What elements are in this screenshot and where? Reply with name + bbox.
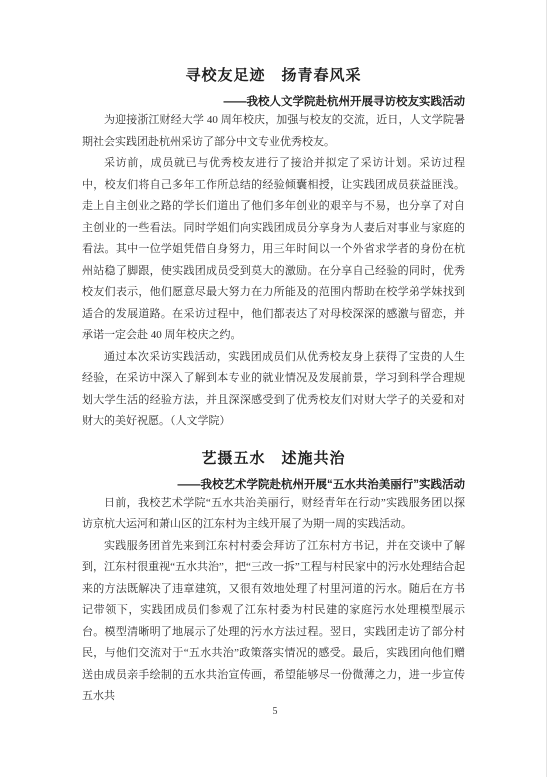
paragraph: 采访前，成员就已与优秀校友进行了接洽并拟定了采访计划。采访过程中，校友们将自己多… bbox=[82, 153, 465, 347]
article-title: 艺摄五水 述施共治 bbox=[82, 447, 465, 471]
paragraph: 日前，我校艺术学院“五水共治美丽行，财经青年在行动”实践服务团以探访京杭大运河和… bbox=[82, 493, 465, 536]
article-section-1: 寻校友足迹 扬青春风采 ——我校人文学院赴杭州开展寻访校友实践活动 为迎接浙江财… bbox=[82, 64, 465, 433]
page-content: 寻校友足迹 扬青春风采 ——我校人文学院赴杭州开展寻访校友实践活动 为迎接浙江财… bbox=[0, 0, 550, 708]
article-subtitle: ——我校人文学院赴杭州开展寻访校友实践活动 bbox=[82, 95, 465, 110]
paragraph: 通过本次采访实践活动，实践团成员们从优秀校友身上获得了宝贵的人生经验，在采访中深… bbox=[82, 347, 465, 433]
article-title: 寻校友足迹 扬青春风采 bbox=[82, 64, 465, 88]
scan-edge-line bbox=[546, 0, 547, 777]
page-number: 5 bbox=[0, 705, 550, 719]
article-section-2: 艺摄五水 述施共治 ——我校艺术学院赴杭州开展“五水共治美丽行”实践活动 日前，… bbox=[82, 447, 465, 708]
paragraph: 实践服务团首先来到江东村村委会拜访了江东村方书记，并在交谈中了解到，江东村很重视… bbox=[82, 536, 465, 708]
scanned-document-page: 寻校友足迹 扬青春风采 ——我校人文学院赴杭州开展寻访校友实践活动 为迎接浙江财… bbox=[0, 0, 550, 777]
paragraph: 为迎接浙江财经大学 40 周年校庆，加强与校友的交流，近日，人文学院暑期社会实践… bbox=[82, 110, 465, 153]
article-subtitle: ——我校艺术学院赴杭州开展“五水共治美丽行”实践活动 bbox=[82, 478, 465, 493]
